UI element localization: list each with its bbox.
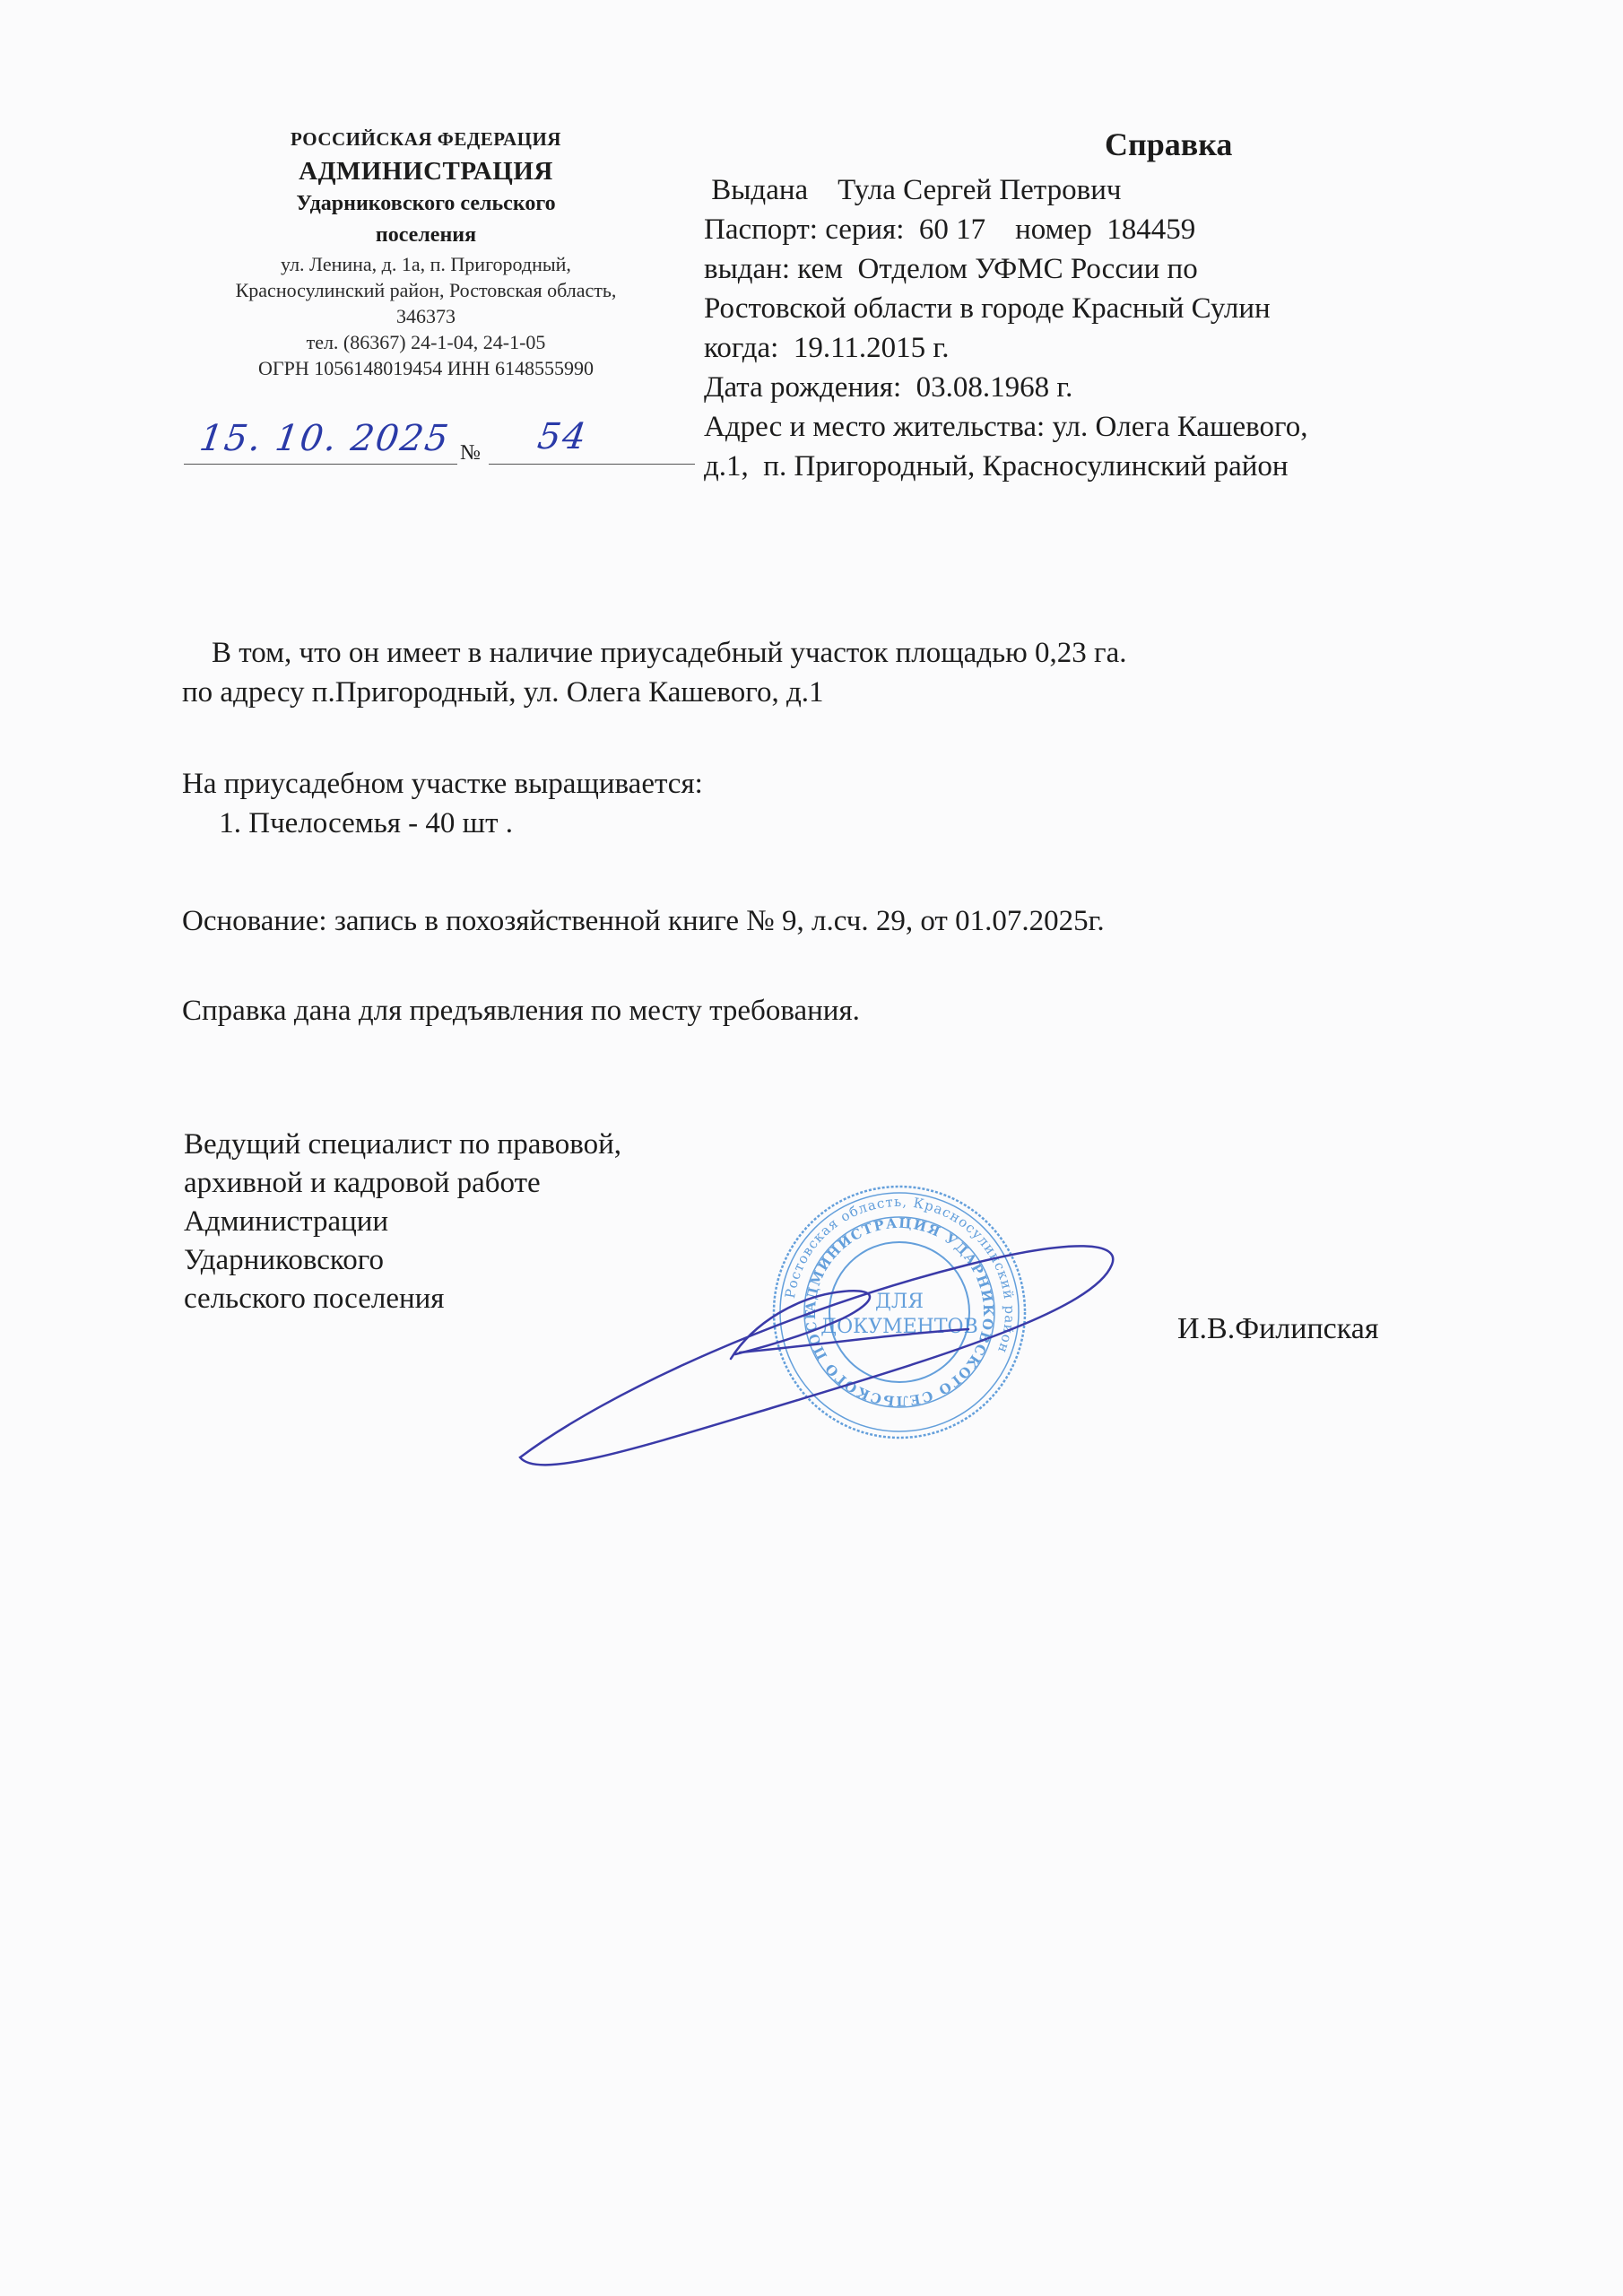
basis-line: Основание: запись в похозяйственной книг… — [182, 901, 1105, 941]
number-underline — [489, 464, 695, 465]
date-underline — [184, 464, 457, 465]
issued-to: Выдана Тула Сергей Петрович — [704, 170, 1529, 210]
letterhead-address-line1: ул. Ленина, д. 1а, п. Пригородный, — [170, 251, 681, 277]
letterhead: РОССИЙСКАЯ ФЕДЕРАЦИЯ АДМИНИСТРАЦИЯ Ударн… — [170, 124, 681, 381]
letterhead-org-line2: поселения — [170, 220, 681, 251]
letterhead-admin: АДМИНИСТРАЦИЯ — [170, 154, 681, 188]
statement-line-2: по адресу п.Пригородный, ул. Олега Кашев… — [182, 673, 824, 712]
residence-address-1: Адрес и место жительства: ул. Олега Каше… — [704, 407, 1529, 447]
position-line-1: Ведущий специалист по правовой, — [184, 1126, 621, 1164]
grown-item-1: 1. Пчелосемья - 40 шт . — [182, 804, 513, 843]
letterhead-org-line1: Ударниковского сельского — [170, 188, 681, 220]
passport-issued-by-1: выдан: кем Отделом УФМС России по — [704, 249, 1529, 289]
residence-address-2: д.1, п. Пригородный, Красносулинский рай… — [704, 447, 1529, 486]
letterhead-address-line2: Красносулинский район, Ростовская област… — [170, 277, 681, 303]
birth-date: Дата рождения: 03.08.1968 г. — [704, 368, 1529, 407]
letterhead-country: РОССИЙСКАЯ ФЕДЕРАЦИЯ — [170, 124, 681, 154]
document-title: Справка — [1105, 126, 1232, 163]
letterhead-phone: тел. (86367) 24-1-04, 24-1-05 — [170, 329, 681, 355]
grown-heading: На приусадебном участке выращивается: — [182, 764, 703, 804]
passport-series-number: Паспорт: серия: 60 17 номер 184459 — [704, 210, 1529, 249]
registration-line: 15. 10. 2025 № 54 — [184, 414, 695, 470]
passport-issued-when: когда: 19.11.2015 г. — [704, 328, 1529, 368]
passport-issued-by-2: Ростовской области в городе Красный Сули… — [704, 289, 1529, 328]
letterhead-postal-code: 346373 — [170, 303, 681, 329]
statement-line-1: В том, что он имеет в наличие приусадебн… — [182, 633, 1126, 673]
handwritten-signature — [502, 1229, 1130, 1480]
signer-name: И.В.Филипская — [1177, 1312, 1378, 1346]
purpose-line: Справка дана для предъявления по месту т… — [182, 991, 860, 1031]
recipient-details: Выдана Тула Сергей Петрович Паспорт: сер… — [704, 170, 1529, 486]
handwritten-date: 15. 10. 2025 — [197, 418, 453, 459]
number-label: № — [460, 441, 481, 465]
letterhead-ids: ОГРН 1056148019454 ИНН 6148555990 — [170, 355, 681, 381]
position-line-2: архивной и кадровой работе — [184, 1164, 621, 1203]
handwritten-number: 54 — [535, 416, 590, 457]
